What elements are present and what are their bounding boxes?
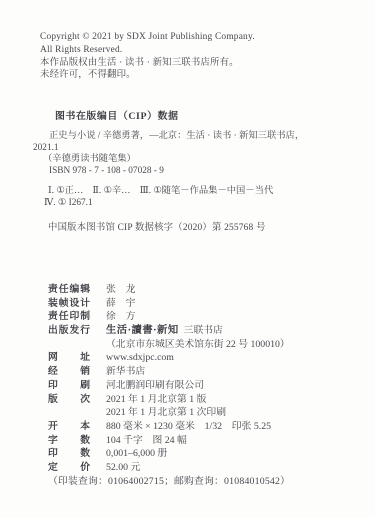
format-label: 开本 — [48, 420, 90, 434]
print-run-row: 印数0,001–6,000 册 — [48, 447, 290, 461]
website-url: www.sdxjpc.com — [106, 352, 174, 363]
editor-name: 张 龙 — [106, 284, 135, 295]
edition-label: 版次 — [48, 393, 90, 407]
print-supervisor-label: 责任印制 — [48, 310, 90, 324]
cip-data-heading: 图书在版编目（CIP）数据 — [55, 108, 179, 122]
printer-row: 印刷河北鹏润印刷有限公司 — [48, 379, 290, 393]
price-label: 定价 — [48, 461, 90, 475]
print-run-info: 0,001–6,000 册 — [106, 448, 167, 459]
copyright-line-english: Copyright © 2021 by SDX Joint Publishing… — [40, 31, 255, 44]
cip-registry-line: 中国版本图书馆 CIP 数据核字（2020）第 255768 号 — [48, 219, 266, 233]
design-label: 装帧设计 — [48, 297, 90, 311]
print-supervisor-row: 责任印制徐 方 — [48, 310, 290, 324]
cip-classification-line-1: Ⅰ. ①正… Ⅱ. ①辛… Ⅲ. ①随笔－作品集－中国－当代 — [40, 186, 273, 198]
impression-info: 2021 年 1 月北京第 1 次印刷 — [106, 407, 226, 418]
price-row: 定价52.00 元 — [48, 461, 290, 475]
editor-row: 责任编辑张 龙 — [48, 283, 290, 297]
edition-info: 2021 年 1 月北京第 1 版 — [106, 394, 206, 405]
website-row: 网址www.sdxjpc.com — [48, 351, 290, 365]
rights-reserved-line: All Rights Reserved. — [40, 44, 255, 57]
publisher-address-row: （北京市东城区美术馆东街 22 号 100010） — [48, 338, 290, 352]
format-info: 880 毫米 × 1230 毫米 1/32 印张 5.25 — [106, 421, 271, 432]
sdx-logo-script: 生活·讀書·新知 — [106, 325, 179, 336]
isbn-line: ISBN 978 - 7 - 108 - 07028 - 9 — [33, 166, 304, 178]
printer-label: 印刷 — [48, 379, 90, 393]
distributor-name: 新华书店 — [106, 366, 145, 377]
publication-info-block: 责任编辑张 龙 装帧设计薛 宇 责任印制徐 方 出版发行生活·讀書·新知三联书店… — [48, 283, 290, 488]
price-info: 52.00 元 — [106, 462, 140, 473]
distributor-label: 经销 — [48, 365, 90, 379]
design-row: 装帧设计薛 宇 — [48, 297, 290, 311]
editor-label: 责任编辑 — [48, 283, 90, 297]
edition-row: 版次2021 年 1 月北京第 1 版 — [48, 393, 290, 407]
word-count-info: 104 千字 图 24 幅 — [106, 435, 187, 446]
no-reprint-line: 未经许可，不得翻印。 — [40, 69, 255, 82]
print-run-label: 印数 — [48, 447, 90, 461]
website-label: 网址 — [48, 351, 90, 365]
word-count-label: 字数 — [48, 434, 90, 448]
inquiry-phones: （印装查询：01064002715；邮购查询：01084010542） — [48, 476, 290, 487]
word-count-row: 字数104 千字 图 24 幅 — [48, 434, 290, 448]
book-copyright-page: Copyright © 2021 by SDX Joint Publishing… — [0, 0, 375, 518]
copyright-line-chinese: 本作品版权由生活 · 读书 · 新知三联书店所有。 — [40, 57, 255, 70]
printer-name: 河北鹏润印刷有限公司 — [106, 380, 204, 391]
inquiry-row: （印装查询：01064002715；邮购查询：01084010542） — [48, 475, 290, 489]
impression-row: 2021 年 1 月北京第 1 次印刷 — [48, 406, 290, 420]
cip-title-author-line: 正史与小说 / 辛德勇著，—北京：生活 · 读书 · 新知三联书店， — [33, 131, 304, 143]
publisher-name: 三联书店 — [179, 325, 223, 336]
print-supervisor-name: 徐 方 — [106, 311, 135, 322]
format-row: 开本880 毫米 × 1230 毫米 1/32 印张 5.25 — [48, 420, 290, 434]
cip-classification-block: Ⅰ. ①正… Ⅱ. ①辛… Ⅲ. ①随笔－作品集－中国－当代 Ⅳ. ① I267… — [40, 186, 273, 209]
publisher-label: 出版发行 — [48, 324, 90, 338]
publisher-address: （北京市东城区美术馆东街 22 号 100010） — [106, 339, 290, 350]
distributor-row: 经销新华书店 — [48, 365, 290, 379]
cip-year-line: 2021.1 — [33, 143, 304, 155]
publisher-row: 出版发行生活·讀書·新知三联书店 — [48, 324, 290, 338]
designer-name: 薛 宇 — [106, 298, 135, 309]
copyright-notice-block: Copyright © 2021 by SDX Joint Publishing… — [40, 31, 255, 82]
cip-entry-block: 正史与小说 / 辛德勇著，—北京：生活 · 读书 · 新知三联书店， 2021.… — [33, 131, 304, 177]
cip-series-line: （辛德勇读书随笔集） — [33, 154, 304, 166]
cip-classification-line-2: Ⅳ. ① I267.1 — [40, 198, 273, 210]
